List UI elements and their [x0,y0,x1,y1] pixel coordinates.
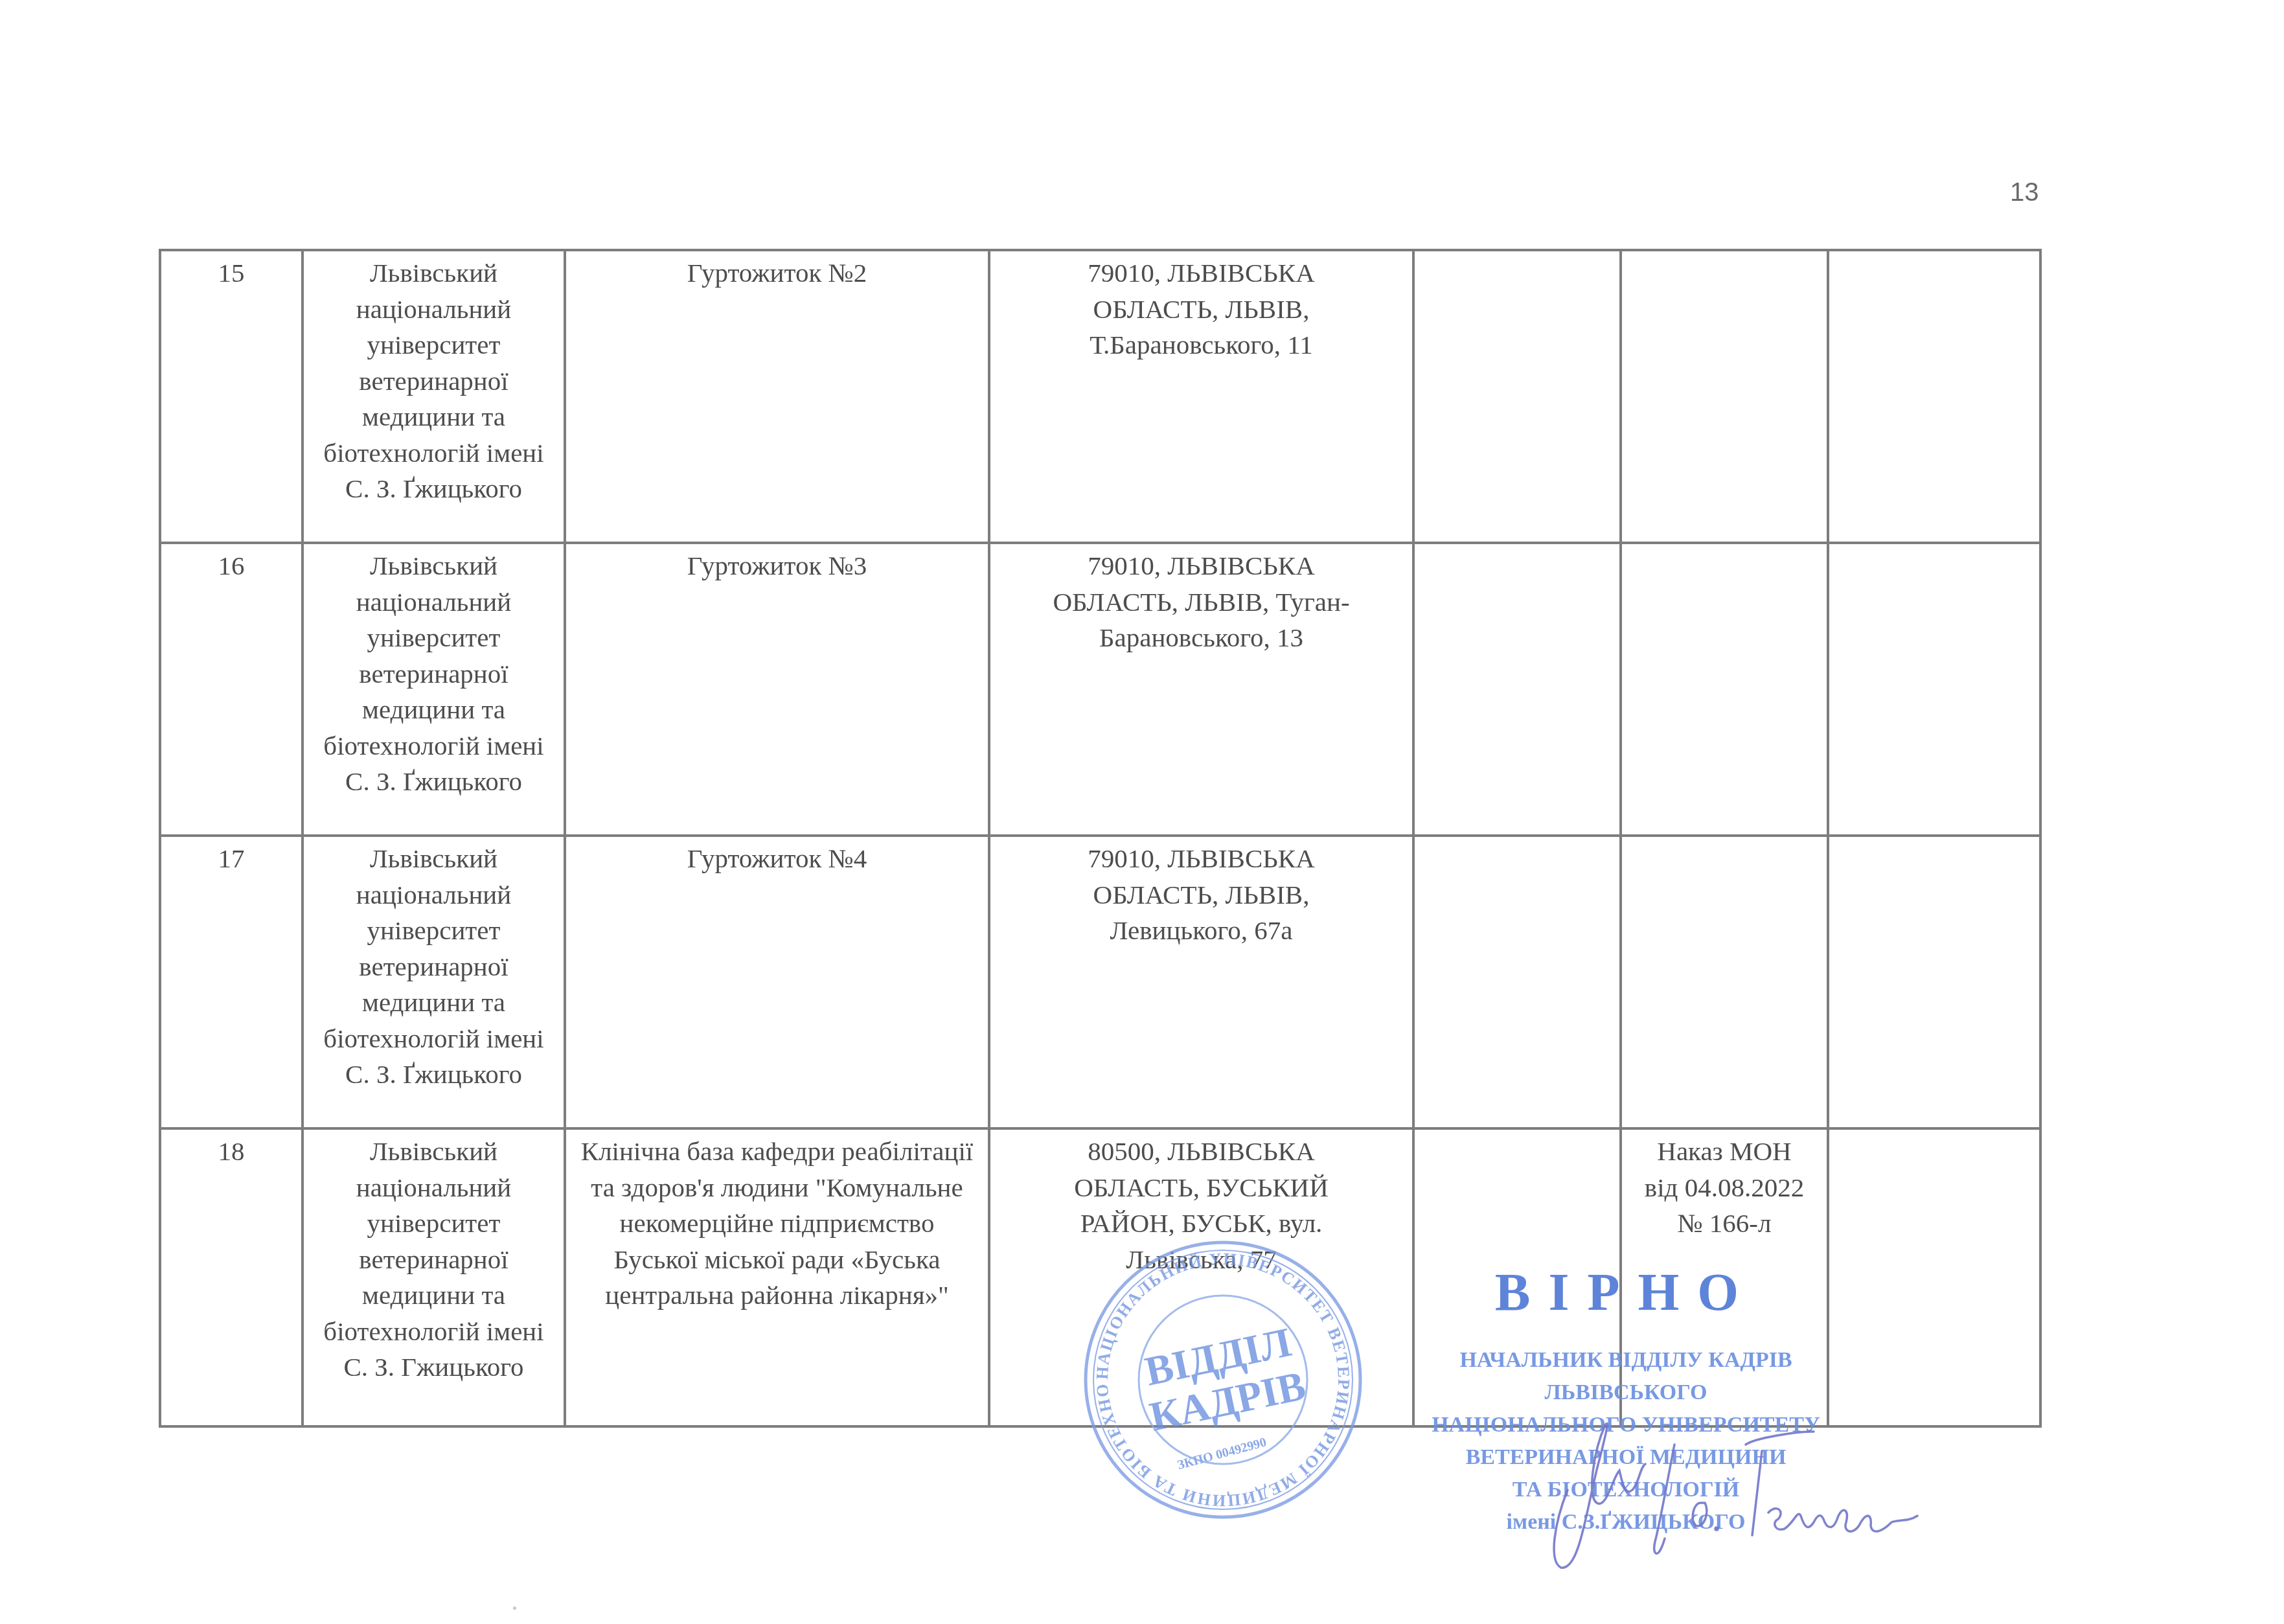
extra-cell-2: Наказ МОН від 04.08.2022 № 166-л [1621,1128,1828,1426]
institution-cell: Львівський національний університет вете… [303,1128,565,1426]
table-row: 15 Львівський національний університет в… [160,250,2040,543]
order-reference: Наказ МОН від 04.08.2022 № 166-л [1631,1134,1818,1242]
extra-cell-3 [1828,836,2040,1128]
row-number-cell: 16 [160,543,303,836]
object-address: 79010, ЛЬВІВСЬКА ОБЛАСТЬ, ЛЬВІВ, Т.Баран… [999,255,1403,363]
extra-cell-3 [1828,250,2040,543]
institution-cell: Львівський національний університет вете… [303,250,565,543]
institution-cell: Львівський національний університет вете… [303,543,565,836]
institution-cell: Львівський національний університет вете… [303,836,565,1128]
object-cell: Гуртожиток №4 [565,836,989,1128]
row-number-cell: 18 [160,1128,303,1426]
scan-speck [513,1607,516,1610]
extra-cell-1 [1413,1128,1621,1426]
certification-line: ВЕТЕРИНАРНОЇ МЕДИЦИНИ [1412,1441,1840,1474]
address-cell: 79010, ЛЬВІВСЬКА ОБЛАСТЬ, ЛЬВІВ, Левицьк… [989,836,1413,1128]
object-address: 80500, ЛЬВІВСЬКА ОБЛАСТЬ, БУСЬКИЙ РАЙОН,… [999,1134,1403,1277]
page-number: 13 [2010,178,2039,207]
handwritten-signature: О. Гентош [1529,1406,2086,1574]
row-number-cell: 15 [160,250,303,543]
row-number: 15 [218,258,245,288]
extra-cell-2 [1621,836,1828,1128]
extra-cell-2 [1621,543,1828,836]
certification-line: ТА БІОТЕХНОЛОГІЙ [1412,1474,1840,1506]
seal-code: ЗКПО 00492990 [1176,1435,1268,1472]
object-name: Гуртожиток №2 [687,258,867,288]
object-name: Клінічна база кафедри реабілітації та зд… [581,1136,973,1310]
object-address: 79010, ЛЬВІВСЬКА ОБЛАСТЬ, ЛЬВІВ, Туган-Б… [999,548,1403,656]
extra-cell-1 [1413,836,1621,1128]
object-cell: Гуртожиток №2 [565,250,989,543]
table-row: 18 Львівський національний університет в… [160,1128,2040,1426]
object-name: Гуртожиток №4 [687,843,867,873]
extra-cell-2 [1621,250,1828,543]
row-number: 18 [218,1136,245,1166]
institution-name: Львівський національний університет вете… [323,258,543,503]
institution-name: Львівський національний університет вете… [323,843,543,1089]
extra-cell-1 [1413,543,1621,836]
object-name: Гуртожиток №3 [687,551,867,580]
object-cell: Клінічна база кафедри реабілітації та зд… [565,1128,989,1426]
extra-cell-1 [1413,250,1621,543]
facilities-table: 15 Львівський національний університет в… [159,249,2042,1428]
signature-text: О. Гентош [1806,1567,1809,1568]
object-address: 79010, ЛЬВІВСЬКА ОБЛАСТЬ, ЛЬВІВ, Левицьк… [999,841,1403,949]
row-number-cell: 17 [160,836,303,1128]
address-cell: 80500, ЛЬВІВСЬКА ОБЛАСТЬ, БУСЬКИЙ РАЙОН,… [989,1128,1413,1426]
table-row: 16 Львівський національний університет в… [160,543,2040,836]
extra-cell-3 [1828,1128,2040,1426]
object-cell: Гуртожиток №3 [565,543,989,836]
certification-line: імені С.З.ҐЖИЦЬКОГО [1412,1506,1840,1538]
address-cell: 79010, ЛЬВІВСЬКА ОБЛАСТЬ, ЛЬВІВ, Т.Баран… [989,250,1413,543]
institution-name: Львівський національний університет вете… [323,551,543,796]
extra-cell-3 [1828,543,2040,836]
address-cell: 79010, ЛЬВІВСЬКА ОБЛАСТЬ, ЛЬВІВ, Туган-Б… [989,543,1413,836]
institution-name: Львівський національний університет вете… [323,1136,543,1382]
row-number: 16 [218,551,245,580]
row-number: 17 [218,843,245,873]
table-row: 17 Львівський національний університет в… [160,836,2040,1128]
